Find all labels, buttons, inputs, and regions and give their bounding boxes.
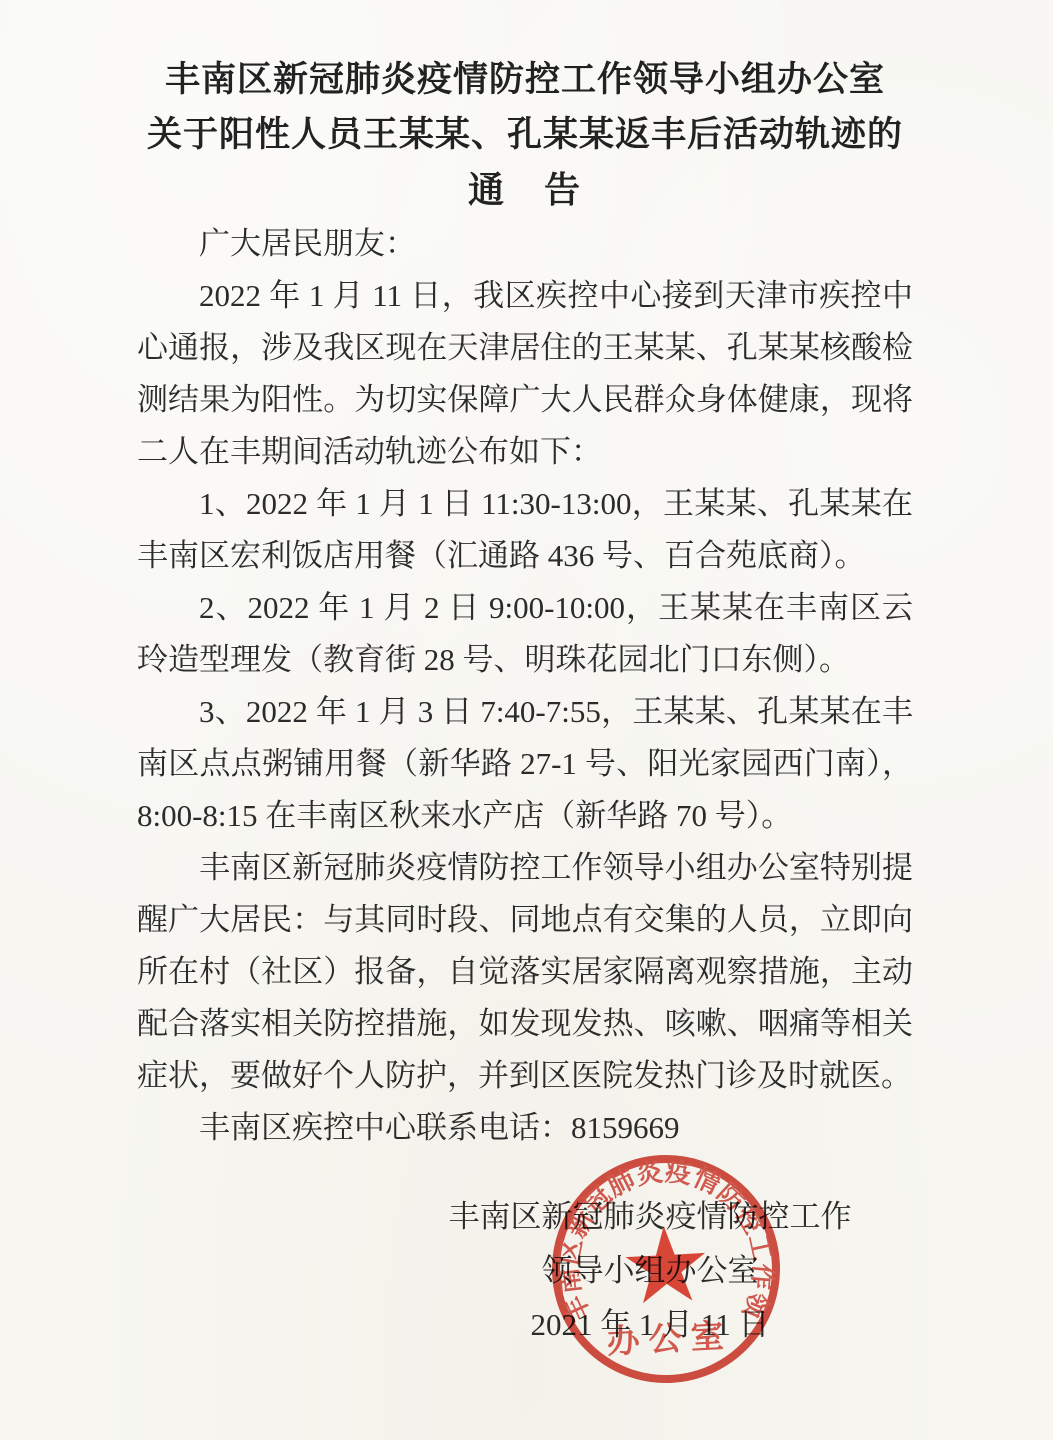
signature-org-line1: 丰南区新冠肺炎疫情防控工作 (387, 1190, 913, 1244)
doc-title-line2: 关于阳性人员王某某、孔某某返丰后活动轨迹的 (137, 107, 913, 162)
paragraph-track-item-2: 2、2022 年 1 月 2 日 9:00-10:00，王某某在丰南区云玲造型理… (137, 582, 913, 686)
paragraph-contact-phone: 丰南区疾控中心联系电话：8159669 (137, 1102, 913, 1154)
paragraph-reminder: 丰南区新冠肺炎疫情防控工作领导小组办公室特别提醒广大居民：与其同时段、同地点有交… (137, 842, 913, 1102)
paragraph-track-item-1: 1、2022 年 1 月 1 日 11:30-13:00，王某某、孔某某在丰南区… (137, 478, 913, 582)
signature-org-line2: 领导小组办公室 (387, 1244, 913, 1298)
document-content: 丰南区新冠肺炎疫情防控工作领导小组办公室 关于阳性人员王某某、孔某某返丰后活动轨… (0, 0, 1053, 1352)
signature-date: 2021 年 1 月 11 日 (387, 1298, 913, 1352)
paragraph-intro: 2022 年 1 月 11 日，我区疾控中心接到天津市疾控中心通报，涉及我区现在… (137, 270, 913, 478)
doc-title-notice: 通 告 (137, 162, 913, 218)
signature-block: 丰南区新冠肺炎疫情防控工作 领导小组办公室 2021 年 1 月 11 日 (387, 1190, 913, 1352)
greeting-line: 广大居民朋友： (137, 218, 913, 270)
paragraph-track-item-3: 3、2022 年 1 月 3 日 7:40-7:55，王某某、孔某某在丰南区点点… (137, 686, 913, 842)
document-page: 丰南区新冠肺炎疫情防控工作领导小组办公室 关于阳性人员王某某、孔某某返丰后活动轨… (0, 0, 1053, 1440)
doc-title-line1: 丰南区新冠肺炎疫情防控工作领导小组办公室 (137, 52, 913, 107)
